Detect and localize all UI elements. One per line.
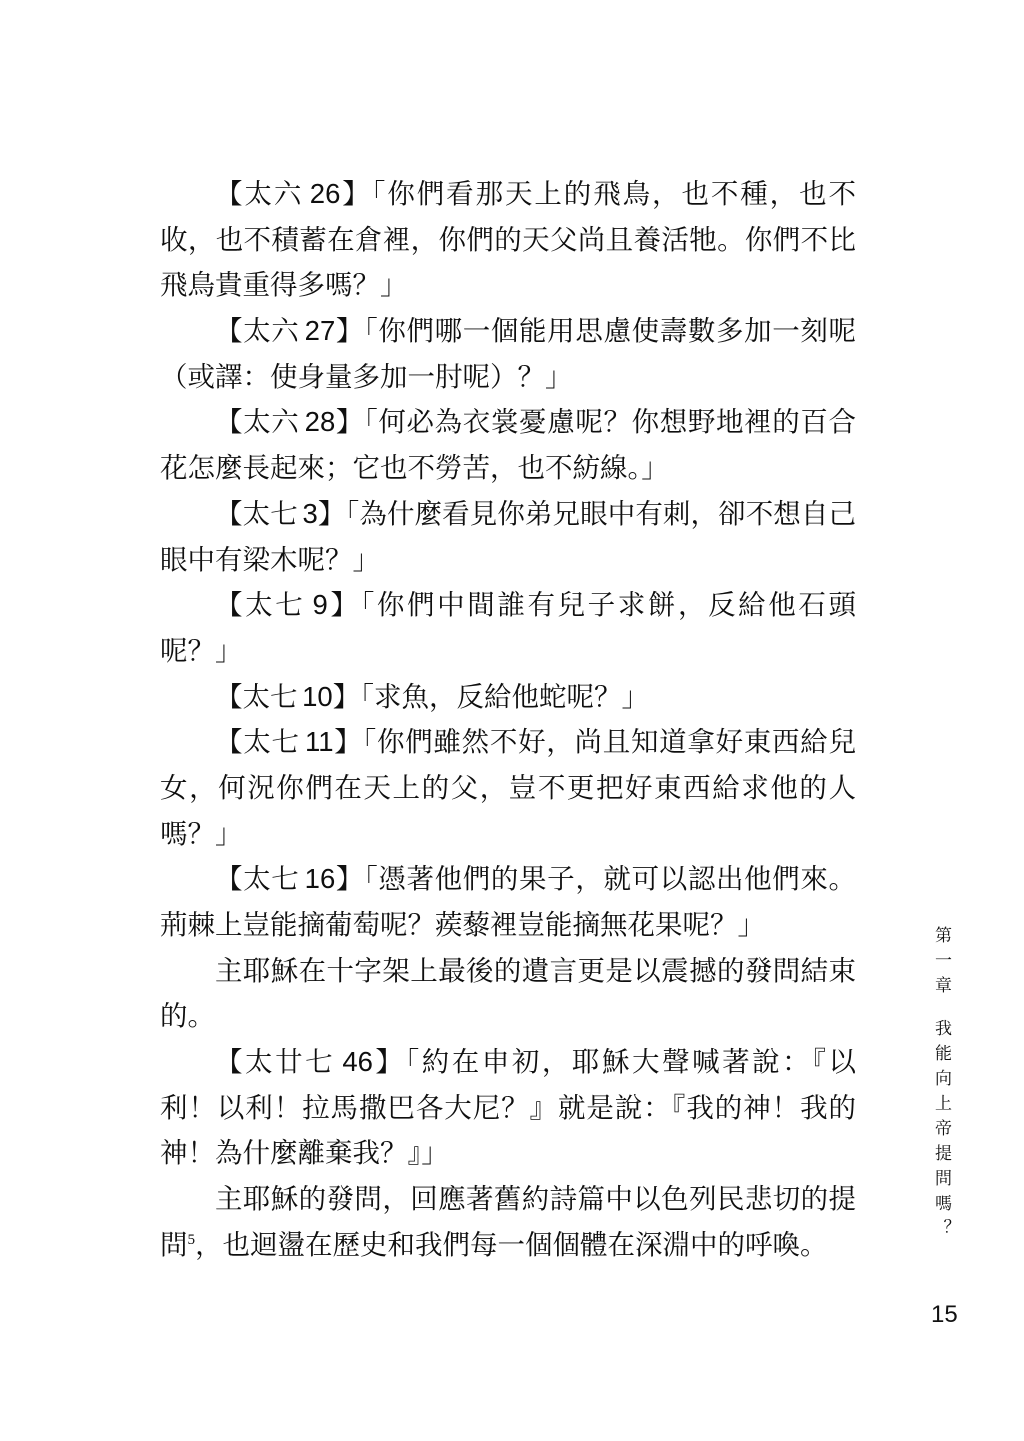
line-text: 嗎？」 — [160, 818, 243, 849]
text-line: 【太六 28】「何必為衣裳憂慮呢？你想野地裡的百合 — [160, 399, 856, 445]
line-text: 【太七 11】「你們雖然不好，尚且知道拿好東西給兒 — [215, 726, 856, 757]
paragraph: 主耶穌的發問，回應著舊約詩篇中以色列民悲切的提問5，也迴盪在歷史和我們每一個個體… — [160, 1176, 856, 1267]
paragraph: 【太廿七 46】「約在申初，耶穌大聲喊著說：『以利！以利！拉馬撒巴各大尼？』就是… — [160, 1039, 856, 1176]
text-line: 【太七 11】「你們雖然不好，尚且知道拿好東西給兒 — [160, 719, 856, 765]
paragraph: 主耶穌在十字架上最後的遺言更是以震撼的發問結束的。 — [160, 948, 856, 1039]
text-line: 呢？」 — [160, 628, 856, 674]
line-text: 【太六 28】「何必為衣裳憂慮呢？你想野地裡的百合 — [215, 406, 856, 437]
text-line: （或譯：使身量多加一肘呢）？」 — [160, 354, 856, 400]
body-text: 【太六 26】「你們看那天上的飛鳥，也不種，也不收，也不積蓄在倉裡，你們的天父尚… — [160, 171, 856, 1268]
book-page: 【太六 26】「你們看那天上的飛鳥，也不種，也不收，也不積蓄在倉裡，你們的天父尚… — [0, 0, 1024, 1441]
line-text: 利！以利！拉馬撒巴各大尼？』就是說：『我的神！我的 — [160, 1092, 856, 1123]
line-text: 主耶穌的發問，回應著舊約詩篇中以色列民悲切的提 — [215, 1183, 856, 1214]
line-text: 神！為什麼離棄我？』」 — [160, 1137, 449, 1168]
text-line: 主耶穌在十字架上最後的遺言更是以震撼的發問結束 — [160, 948, 856, 994]
text-line: 【太六 27】「你們哪一個能用思慮使壽數多加一刻呢 — [160, 308, 856, 354]
paragraph: 【太七 10】「求魚，反給他蛇呢？」 — [160, 674, 856, 720]
text-line: 嗎？」 — [160, 811, 856, 857]
line-text: 女，何況你們在天上的父，豈不更把好東西給求他的人 — [160, 772, 856, 803]
line-text: 【太六 26】「你們看那天上的飛鳥，也不種，也不 — [215, 178, 856, 209]
line-text: 【太七 9】「你們中間誰有兒子求餅，反給他石頭 — [215, 589, 856, 620]
paragraph: 【太七 16】「憑著他們的果子，就可以認出他們來。荊棘上豈能摘葡萄呢？蒺藜裡豈能… — [160, 856, 856, 947]
line-text: 問 — [160, 1229, 188, 1260]
text-line: 收，也不積蓄在倉裡，你們的天父尚且養活牠。你們不比 — [160, 217, 856, 263]
text-line: 眼中有梁木呢？」 — [160, 537, 856, 583]
text-line: 【太七 3】「為什麼看見你弟兄眼中有刺，卻不想自己 — [160, 491, 856, 537]
paragraph: 【太七 11】「你們雖然不好，尚且知道拿好東西給兒女，何況你們在天上的父，豈不更… — [160, 719, 856, 856]
text-line: 【太廿七 46】「約在申初，耶穌大聲喊著說：『以 — [160, 1039, 856, 1085]
text-line: 【太七 10】「求魚，反給他蛇呢？」 — [160, 674, 856, 720]
line-text: 荊棘上豈能摘葡萄呢？蒺藜裡豈能摘無花果呢？」 — [160, 909, 765, 940]
line-text: 眼中有梁木呢？」 — [160, 544, 380, 575]
page-number: 15 — [931, 1301, 958, 1329]
line-text: 【太七 3】「為什麼看見你弟兄眼中有刺，卻不想自己 — [215, 498, 856, 529]
line-text: 【太七 16】「憑著他們的果子，就可以認出他們來。 — [215, 863, 856, 894]
text-line: 主耶穌的發問，回應著舊約詩篇中以色列民悲切的提 — [160, 1176, 856, 1222]
footnote-marker: 5 — [188, 1232, 196, 1248]
line-text: 【太七 10】「求魚，反給他蛇呢？」 — [215, 681, 649, 712]
line-text: 收，也不積蓄在倉裡，你們的天父尚且養活牠。你們不比 — [160, 224, 856, 255]
text-line: 飛鳥貴重得多嗎？」 — [160, 262, 856, 308]
text-line: 問5，也迴盪在歷史和我們每一個個體在深淵中的呼喚。 — [160, 1222, 856, 1268]
line-text: 【太六 27】「你們哪一個能用思慮使壽數多加一刻呢 — [215, 315, 856, 346]
text-line: 【太七 9】「你們中間誰有兒子求餅，反給他石頭 — [160, 582, 856, 628]
text-line: 神！為什麼離棄我？』」 — [160, 1130, 856, 1176]
line-text: 主耶穌在十字架上最後的遺言更是以震撼的發問結束 — [215, 955, 856, 986]
paragraph: 【太六 26】「你們看那天上的飛鳥，也不種，也不收，也不積蓄在倉裡，你們的天父尚… — [160, 171, 856, 308]
paragraph: 【太七 9】「你們中間誰有兒子求餅，反給他石頭呢？」 — [160, 582, 856, 673]
line-text: ，也迴盪在歷史和我們每一個個體在深淵中的呼喚。 — [195, 1229, 828, 1260]
paragraph: 【太六 28】「何必為衣裳憂慮呢？你想野地裡的百合花怎麼長起來；它也不勞苦，也不… — [160, 399, 856, 490]
text-line: 利！以利！拉馬撒巴各大尼？』就是說：『我的神！我的 — [160, 1085, 856, 1131]
line-text: 的。 — [160, 1000, 215, 1031]
text-line: 【太七 16】「憑著他們的果子，就可以認出他們來。 — [160, 856, 856, 902]
line-text: （或譯：使身量多加一肘呢）？」 — [160, 361, 573, 392]
text-line: 女，何況你們在天上的父，豈不更把好東西給求他的人 — [160, 765, 856, 811]
paragraph: 【太七 3】「為什麼看見你弟兄眼中有刺，卻不想自己眼中有梁木呢？」 — [160, 491, 856, 582]
margin-chapter-label: 第一章 — [929, 926, 954, 1001]
paragraph: 【太六 27】「你們哪一個能用思慮使壽數多加一刻呢（或譯：使身量多加一肘呢）？」 — [160, 308, 856, 399]
line-text: 花怎麼長起來；它也不勞苦，也不紡線。」 — [160, 452, 669, 483]
line-text: 飛鳥貴重得多嗎？」 — [160, 269, 408, 300]
margin-chapter-title: 我能向上帝提問嗎？ — [929, 1019, 954, 1244]
text-line: 【太六 26】「你們看那天上的飛鳥，也不種，也不 — [160, 171, 856, 217]
text-line: 的。 — [160, 993, 856, 1039]
text-line: 荊棘上豈能摘葡萄呢？蒺藜裡豈能摘無花果呢？」 — [160, 902, 856, 948]
line-text: 【太廿七 46】「約在申初，耶穌大聲喊著說：『以 — [215, 1046, 856, 1077]
text-line: 花怎麼長起來；它也不勞苦，也不紡線。」 — [160, 445, 856, 491]
line-text: 呢？」 — [160, 635, 243, 666]
